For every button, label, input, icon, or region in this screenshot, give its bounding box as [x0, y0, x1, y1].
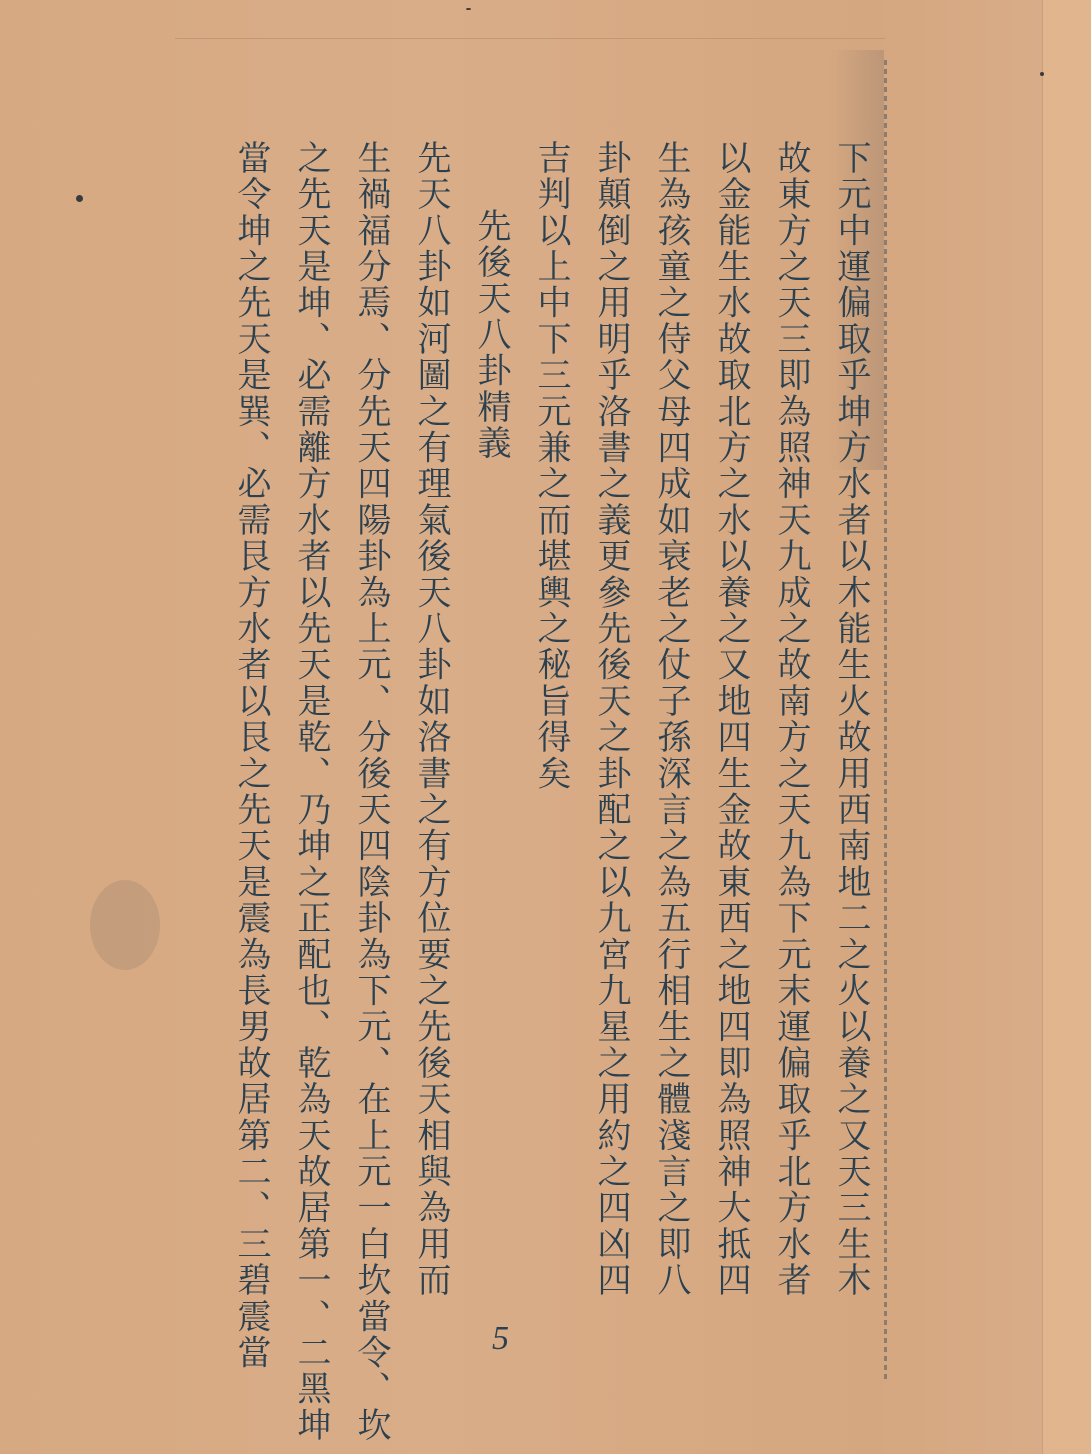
top-edge-line	[175, 38, 885, 39]
section-heading: 先後天八卦精義	[461, 140, 521, 1380]
text-column: 當令坤之先天是巽、必需艮方水者以艮之先天是震為長男故居第二、三碧震當	[221, 140, 281, 1380]
page-margin-strip	[1042, 0, 1091, 1454]
ink-speck	[466, 8, 471, 10]
text-column: 故東方之天三即為照神天九成之故南方之天九為下元末運偏取乎北方水者	[761, 140, 821, 1380]
text-column: 生為孩童之侍父母四成如衰老之仗子孫深言之為五行相生之體淺言之即八	[641, 140, 701, 1380]
ink-speck	[76, 195, 83, 202]
text-column: 卦顛倒之用明乎洛書之義更參先後天之卦配之以九宮九星之用約之四凶四	[581, 140, 641, 1380]
text-column: 之先天是坤、必需離方水者以先天是乾、乃坤之正配也、乾為天故居第一、二黑坤	[281, 140, 341, 1380]
text-column: 吉判以上中下三元兼之而堪輿之秘旨得矣	[521, 140, 581, 1380]
ink-speck	[1040, 72, 1044, 76]
page-number: 5	[492, 1320, 509, 1358]
paper-stain	[90, 880, 160, 970]
text-column: 生禍福分焉、分先天四陽卦為上元、分後天四陰卦為下元、在上元一白坎當令、坎	[341, 140, 401, 1380]
text-column: 以金能生水故取北方之水以養之又地四生金故東西之地四即為照神大抵四	[701, 140, 761, 1380]
scanned-page: 下元中運偏取乎坤方水者以木能生火故用西南地二之火以養之又天三生木 故東方之天三即…	[0, 0, 1091, 1454]
text-column: 下元中運偏取乎坤方水者以木能生火故用西南地二之火以養之又天三生木	[821, 140, 881, 1380]
vertical-text-body: 下元中運偏取乎坤方水者以木能生火故用西南地二之火以養之又天三生木 故東方之天三即…	[221, 140, 881, 1380]
right-border-line	[884, 60, 887, 1380]
text-column: 先天八卦如河圖之有理氣後天八卦如洛書之有方位要之先後天相與為用而	[401, 140, 461, 1380]
